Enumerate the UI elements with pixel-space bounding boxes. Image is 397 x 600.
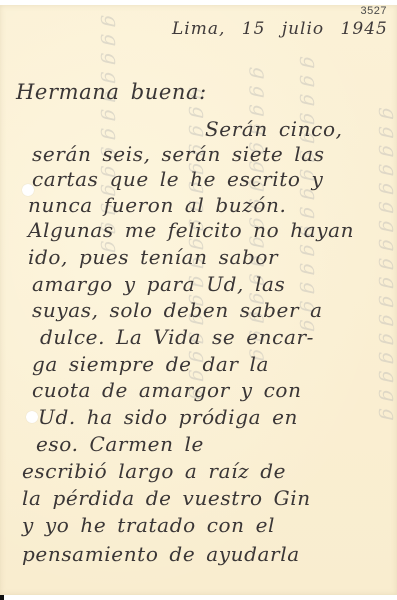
punch-hole-bottom bbox=[26, 411, 38, 423]
letter-line: suyas, solo deben saber a bbox=[32, 298, 323, 322]
letter-line: escribió largo a raíz de bbox=[22, 459, 286, 483]
letter-line: ga siempre de dar la bbox=[32, 352, 269, 376]
letter-line: dulce. La Vida se encar- bbox=[40, 325, 314, 349]
letter-line: la pérdida de vuestro Gin bbox=[22, 486, 311, 510]
letter-line: pensamiento de ayudarla bbox=[22, 542, 300, 566]
archive-number: 3527 bbox=[361, 5, 387, 17]
letter-line: Serán cinco, bbox=[205, 117, 343, 141]
letter-line: eso. Carmen le bbox=[36, 432, 204, 456]
letter-line: Ud. ha sido pródiga en bbox=[38, 405, 298, 429]
letter-line: serán seis, serán siete las bbox=[32, 142, 325, 166]
letter-line: cuota de amargor y con bbox=[32, 378, 302, 402]
letter-line: cartas que le he escrito y bbox=[32, 167, 323, 191]
salutation: Hermana buena: bbox=[16, 80, 207, 104]
letter-line: y yo he tratado con el bbox=[22, 513, 275, 537]
letter-line: Algunas me felicito no hayan bbox=[28, 218, 354, 242]
letter-line: amargo y para Ud, las bbox=[32, 272, 285, 296]
scan-margin bbox=[0, 595, 397, 600]
punch-hole-top bbox=[22, 184, 34, 196]
letter-line: ido, pues tenían sabor bbox=[28, 245, 278, 269]
letter-line: nunca fueron al buzón. bbox=[28, 193, 286, 217]
letter-date: Lima, 15 julio 1945 bbox=[172, 19, 388, 39]
letter-page: ggggggggggggg ggggggggggggggggg gggggggg… bbox=[0, 5, 397, 595]
scan-corner-shadow bbox=[0, 595, 4, 600]
